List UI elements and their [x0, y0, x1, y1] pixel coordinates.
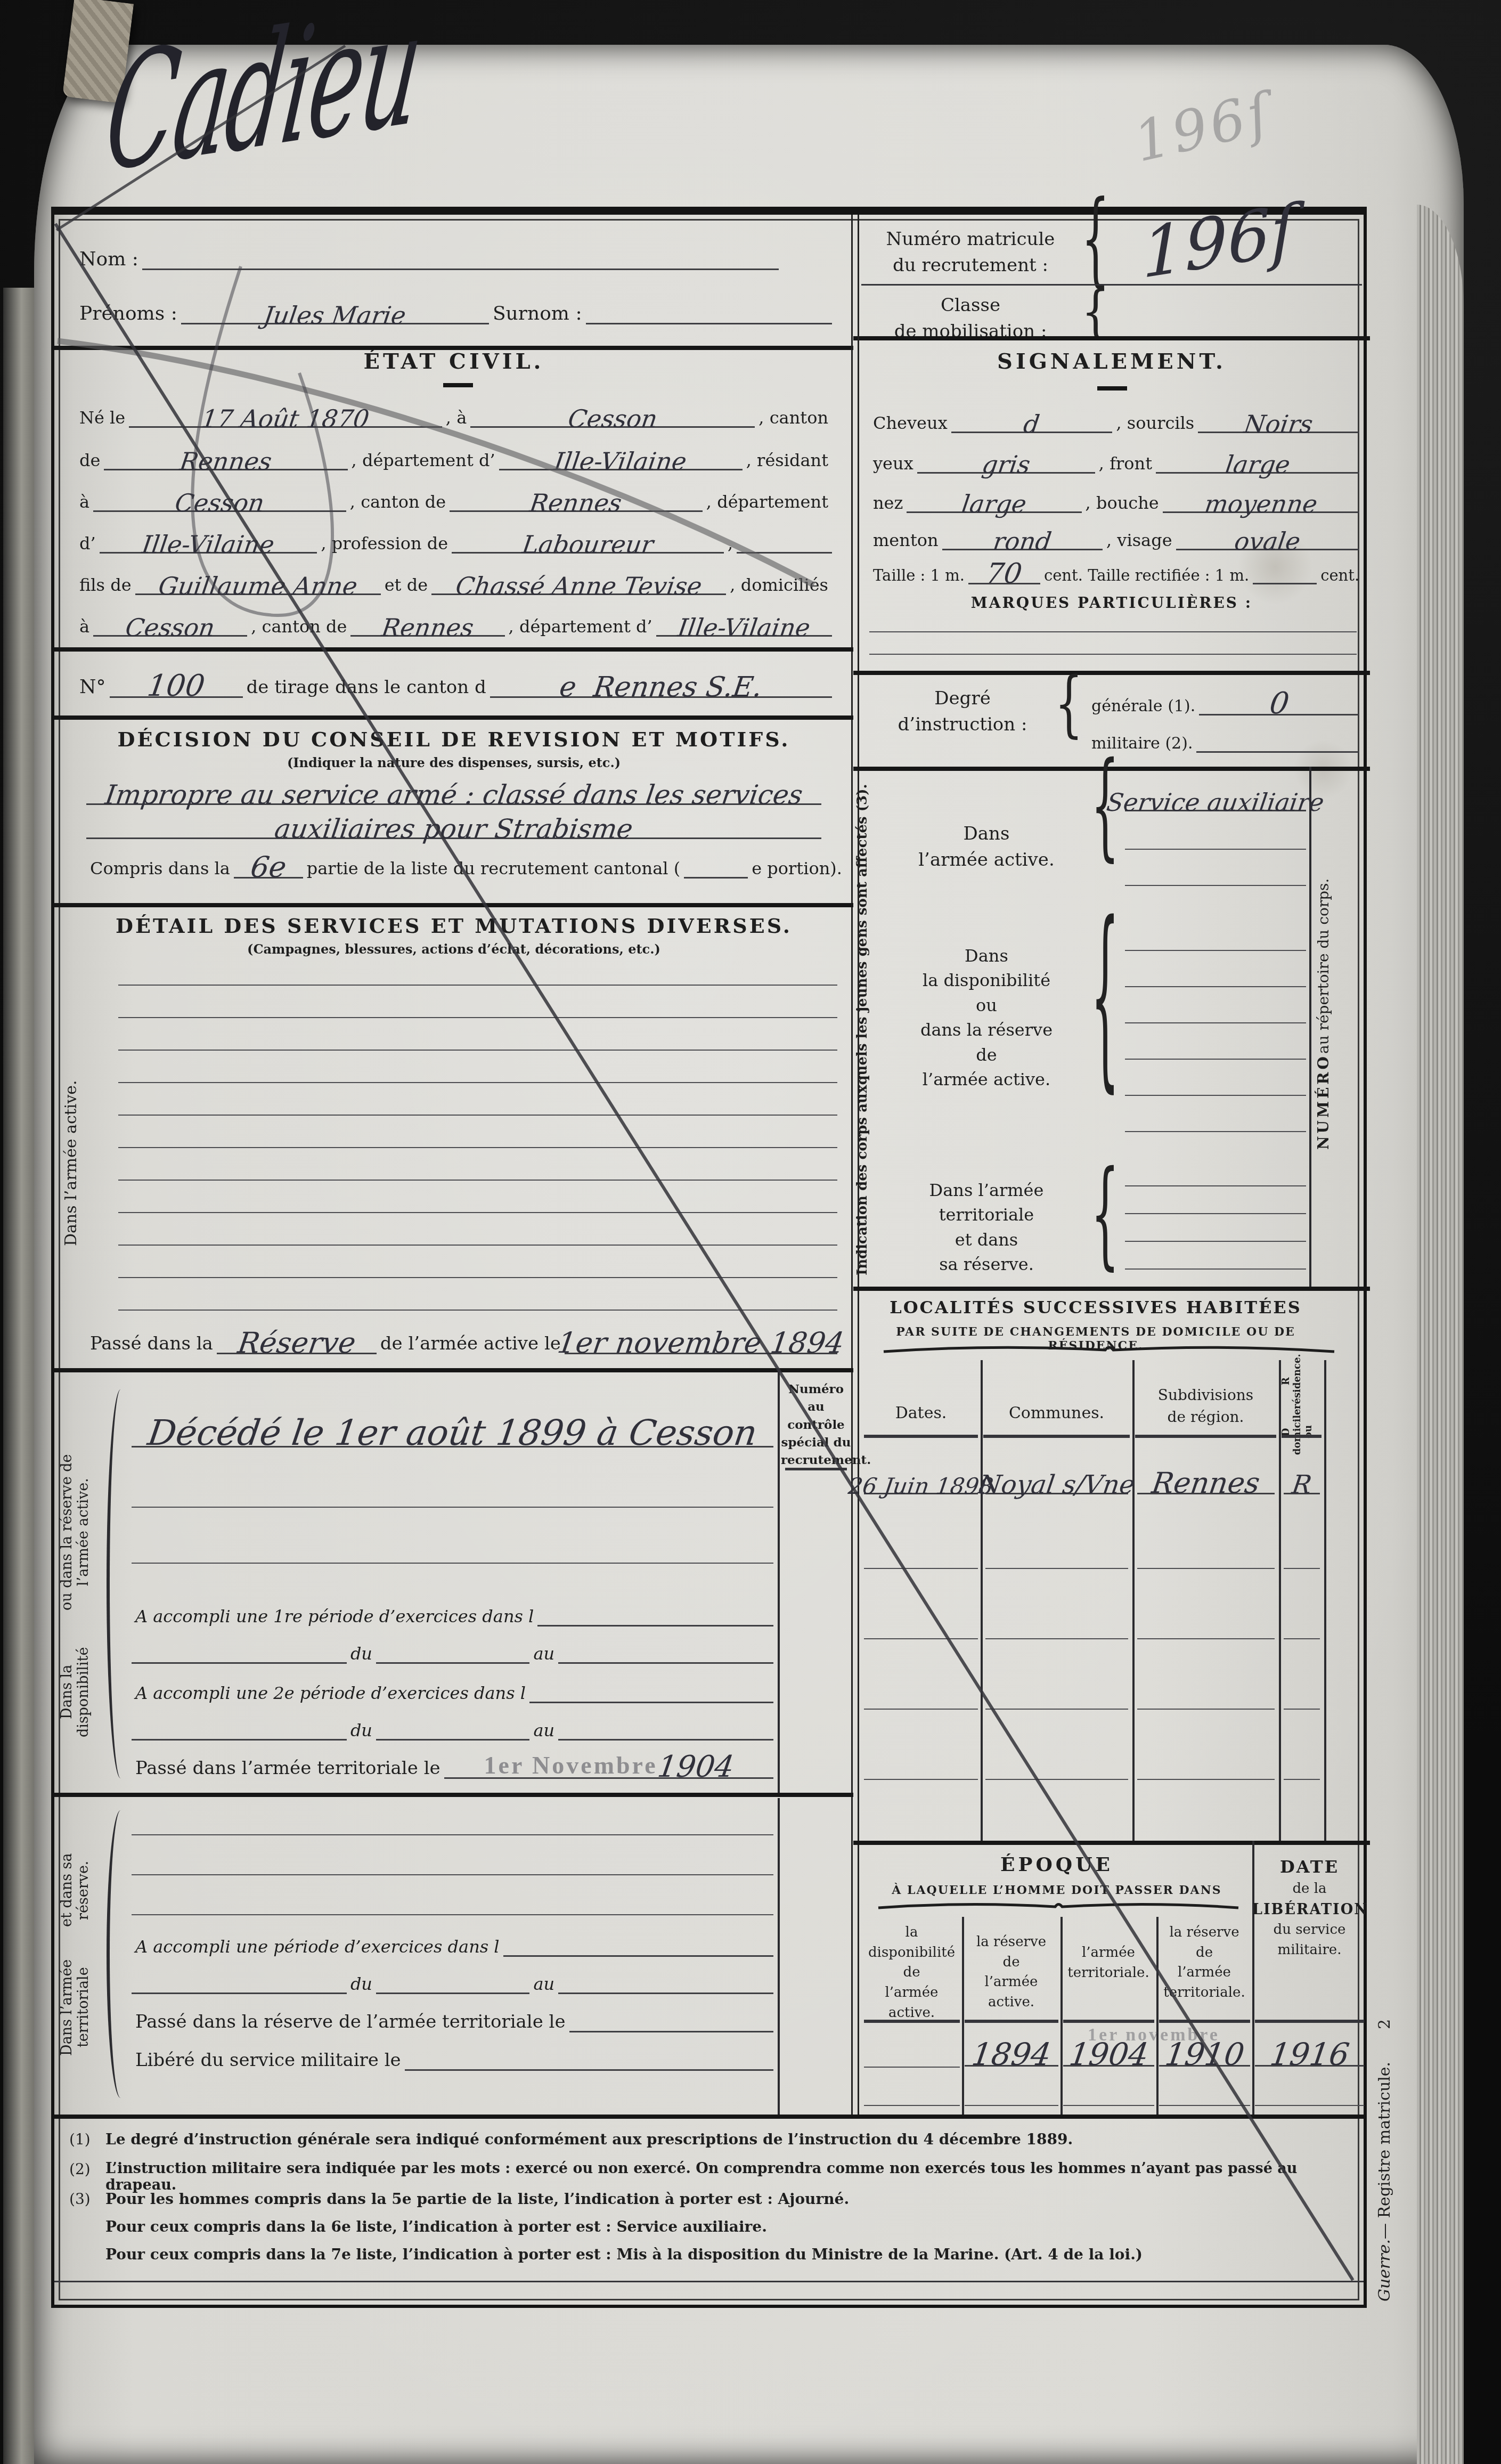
line [737, 552, 832, 554]
rule [853, 336, 1370, 340]
date-word: DATE [1252, 1855, 1367, 1879]
blank-line [1125, 1241, 1306, 1242]
territoriale-side-label: Dans l’armée territoriale et dans sa rés… [59, 1840, 103, 2074]
s1-l2: l’armée active. [885, 847, 1088, 873]
etat-row-6: à Cesson , canton de Rennes , départemen… [76, 605, 832, 637]
rule [853, 671, 1370, 675]
line [558, 1662, 773, 1664]
blank-line [118, 1115, 837, 1116]
a-label: à [76, 617, 93, 637]
line: Chassé Anne Tevise [431, 574, 726, 595]
canton-value: Rennes [178, 449, 273, 474]
line [376, 1993, 529, 1994]
col-divider [1132, 1360, 1135, 1841]
footnote-1-num: (1) [69, 2130, 91, 2148]
blank-line [869, 631, 1357, 632]
s3-l2: territoriale [885, 1202, 1088, 1227]
deces-row: Décédé le 1er août 1899 à Cesson [132, 1407, 773, 1448]
footnote-5: Pour ceux compris dans la 7e liste, l’in… [105, 2246, 1347, 2263]
dates-header-text: Dates. [861, 1402, 981, 1425]
blank-line [1125, 1131, 1306, 1132]
rule [785, 1468, 847, 1470]
matricule-label-l2: du recrutement : [864, 253, 1077, 279]
repertoire-words: au répertoire du corps. [1315, 878, 1364, 1053]
dr-header-l1: D domicile ou [1280, 1409, 1323, 1455]
blank-line [1137, 1568, 1275, 1569]
numero-header-l4: recrutement. [781, 1451, 851, 1469]
surnom-line [586, 323, 832, 324]
side-label-line-1: Dans la disponibilité [59, 1635, 103, 1749]
territoriale-year-value: 1904 [1067, 2039, 1151, 2070]
taille-rectifiee-label: cent. Taille rectifiée : 1 m. [1040, 567, 1253, 584]
s2-l4: dans la réserve [885, 1018, 1088, 1042]
blank-line [1125, 1022, 1306, 1023]
adjacent-page-edge [3, 288, 36, 2464]
blank-line [1284, 1568, 1320, 1569]
blank-line [118, 1082, 837, 1083]
residence-departement-value: Ille-Vilaine [141, 532, 276, 557]
periode2-row: A accompli une 2e période d’exercices da… [132, 1672, 773, 1703]
line: large [1156, 452, 1359, 474]
au-label: au [529, 1974, 558, 1994]
loc-date-value: 26 Juin 1898 [847, 1475, 994, 1498]
c4-l1: la réserve [1156, 1923, 1252, 1943]
taille-row: Taille : 1 m. 70 cent. Taille rectifiée … [869, 555, 1359, 584]
passe-territoriale-label: Passé dans l’armée territoriale le [132, 1758, 444, 1779]
rule [54, 1368, 853, 1372]
degre-l2: d’instruction : [875, 712, 1050, 738]
subdivisions-header: Subdivisions de région. [1132, 1385, 1279, 1428]
nom-line [142, 269, 779, 270]
prenoms-value: Jules Marie [262, 303, 407, 328]
loc-subdiv-value: Rennes [1150, 1469, 1261, 1498]
rule [864, 1435, 978, 1438]
blank-line [1137, 1779, 1275, 1780]
line: Rennes [450, 491, 703, 512]
departement-label: , département [703, 492, 832, 512]
degre-l1: Degré [875, 686, 1050, 712]
rule [853, 1287, 1370, 1291]
visage-label: , visage [1103, 531, 1176, 550]
s3-l1: Dans l’armée [885, 1178, 1088, 1202]
rule [54, 2115, 1364, 2119]
side-label-line-1: Dans l’armée territoriale [59, 1941, 103, 2074]
blank-line [1255, 2105, 1364, 2106]
c2-l1: la réserve [962, 1932, 1061, 1953]
blank-line [1125, 849, 1306, 850]
line: Noyal s/Vne [985, 1472, 1128, 1494]
territoriale-year-value: 1904 [656, 1752, 736, 1782]
residence-canton-value: Rennes [528, 491, 623, 515]
epoque-col1-header: la disponibilité de l’armée active. [861, 1923, 962, 2023]
line: 26 Juin 1898 [864, 1475, 978, 1494]
blank-line [864, 1709, 978, 1710]
rule [861, 284, 1362, 286]
line [558, 1739, 773, 1741]
blank-line [118, 985, 837, 986]
blank-line [985, 1638, 1128, 1639]
periode2-dates-row: du au [132, 1711, 773, 1741]
blank-line [869, 654, 1357, 655]
blank-line [1063, 2105, 1154, 2106]
prenoms-line: Jules Marie [181, 303, 489, 324]
marques-title: MARQUES PARTICULIÈRES : [853, 594, 1370, 612]
rule [54, 903, 853, 907]
passe-label: Passé dans la [86, 1333, 217, 1354]
passe-territoriale-row: Passé dans l’armée territoriale le 1er N… [132, 1745, 773, 1779]
rule [54, 715, 853, 720]
classe-label-l2: de mobilisation : [864, 319, 1077, 345]
rule [54, 647, 853, 652]
rule [1255, 2020, 1364, 2023]
numero-header-l3: spécial du [781, 1434, 851, 1451]
blank-line [864, 2105, 960, 2106]
title-dash [1097, 386, 1127, 391]
detail-subtitle: (Campagnes, blessures, actions d’éclat, … [94, 941, 813, 957]
c2-l2: de [962, 1953, 1061, 1973]
sig-row-2: yeux gris , front large [869, 443, 1359, 474]
decision-text-2: auxiliaires pour Strabisme [273, 816, 635, 842]
rule [1135, 1435, 1276, 1438]
etat-row-1: Né le 17 Août 1870 , à Cesson , canton [76, 396, 832, 428]
s1-l1: Dans [885, 821, 1088, 847]
epoque-subtitle: À LAQUELLE L’HOMME DOIT PASSER DANS [861, 1883, 1252, 1897]
menton-value: rond [992, 529, 1053, 554]
s2-l2: la disponibilité [885, 968, 1088, 993]
degre-brace: { [1055, 668, 1083, 739]
degre-label: Degré d’instruction : [875, 686, 1050, 738]
tirage-row: N° 100 de tirage dans le canton d e Renn… [76, 665, 832, 698]
line [376, 1662, 529, 1664]
line: large [907, 492, 1081, 513]
line: 1er novembre 1894 [565, 1329, 837, 1354]
armee-active-le-label: de l’armée active le [377, 1333, 565, 1354]
c1-l2: disponibilité [861, 1943, 962, 1963]
numero-column-divider [778, 1368, 780, 1793]
blank-line [864, 1568, 978, 1569]
date-liberation-header: DATE de la LIBÉRATION du service militai… [1252, 1855, 1367, 1961]
passe-reserve-terr-row: Passé dans la réserve de l’armée territo… [132, 2001, 773, 2032]
nom-row: Nom : [76, 236, 779, 270]
numero-column-divider [778, 1798, 780, 2115]
s2-brace: { [1091, 897, 1119, 1094]
epoque-col2-header: la réserve de l’armée active. [962, 1932, 1061, 2013]
taille-value: 70 [985, 560, 1024, 588]
blank-line [864, 1638, 978, 1639]
line: 0 [1199, 689, 1359, 715]
c1-l4: l’armée active. [861, 1983, 962, 2023]
side-label-line-2: ou dans la réserve de l’armée active. [59, 1429, 103, 1635]
decision-subtitle: (Indiquer la nature des dispenses, sursi… [94, 755, 813, 770]
footnote-1: Le degré d’instruction générale sera ind… [105, 2130, 1347, 2148]
periode1-label: A accompli une 1re période d’exercices d… [132, 1607, 537, 1627]
reserve-date-value: 1er novembre 1894 [556, 1329, 846, 1357]
dr-header-l2: R résidence. [1280, 1354, 1323, 1409]
parents-commune-value: Cesson [124, 615, 216, 640]
matricule-form: Nom : Prénoms : Jules Marie Surnom : Num… [51, 207, 1367, 2308]
rule [54, 1793, 853, 1797]
front-value: large [1223, 452, 1291, 477]
periode1-dates-row: du au [132, 1634, 773, 1664]
loc-dr-value: R [1291, 1472, 1314, 1498]
departement-label: , département d’ [348, 451, 499, 470]
line [132, 1739, 347, 1741]
line: Ille-Vilaine [656, 615, 832, 637]
blank-line [132, 1834, 773, 1835]
nez-value: large [960, 492, 1028, 516]
line [132, 1662, 347, 1664]
localites-title: LOCALITÉS SUCCESSIVES HABITÉES [859, 1297, 1333, 1318]
line: 1894 [965, 2039, 1058, 2067]
line: 70 [968, 560, 1040, 584]
blank-line [985, 1779, 1128, 1780]
classe-label-l1: Classe [864, 292, 1077, 319]
bouche-value: moyenne [1203, 492, 1319, 516]
line: Rennes [1137, 1469, 1275, 1494]
line: 1er Novembre 1904 [444, 1751, 773, 1779]
blank-line [1125, 1185, 1306, 1186]
classe-brace: { [1081, 284, 1110, 340]
line [558, 1993, 773, 1994]
loc-commune-cell: Noyal s/Vne [985, 1456, 1128, 1494]
du-label: du [347, 1974, 376, 1994]
line: Rennes [350, 615, 504, 637]
line: Ille-Vilaine [499, 449, 743, 470]
s2-l5: de [885, 1043, 1088, 1067]
s3-l4: sa réserve. [885, 1252, 1088, 1276]
liberation-year-value: 1916 [1268, 2039, 1351, 2070]
line: d [951, 412, 1113, 433]
numero-word: NUMÉRO [1315, 1054, 1364, 1150]
c3-l2: territoriale. [1061, 1963, 1156, 1983]
father-name-value: Guillaume Anne [157, 574, 359, 598]
epoque-date-cell: 1916 [1255, 2026, 1364, 2067]
taille-label: Taille : 1 m. [869, 567, 968, 584]
militaire-word: militaire. [1252, 1940, 1367, 1961]
signalement-title: SIGNALEMENT. [853, 349, 1370, 374]
epoque-col4-header: la réserve de l’armée territoriale. [1156, 1923, 1252, 2003]
reserve-year-value: 1894 [970, 2039, 1053, 2070]
decision-line-2: auxiliaires pour Strabisme [86, 807, 821, 839]
numero-header-l2: au contrôle [781, 1398, 851, 1434]
armee-active-side-label: Dans l’armée active. [62, 1014, 96, 1312]
decision-title: DÉCISION DU CONSEIL DE REVISION ET MOTIF… [94, 727, 813, 751]
epoque-title: ÉPOQUE [861, 1853, 1252, 1876]
du-label: du [347, 1644, 376, 1664]
subdiv-header-l2: de région. [1132, 1406, 1279, 1428]
footnote-3-num: (3) [69, 2190, 91, 2208]
line [376, 1739, 529, 1741]
loc-date-cell: 26 Juin 1898 [864, 1456, 978, 1494]
residence-value: Cesson [174, 491, 266, 515]
line: R [1284, 1472, 1320, 1494]
col-divider [981, 1360, 983, 1841]
deces-note-value: Décédé le 1er août 1899 à Cesson [145, 1416, 759, 1451]
blank-line [1125, 950, 1306, 951]
line: 1904 [1063, 2039, 1154, 2067]
col-divider [1324, 1360, 1326, 1841]
au-label: au [529, 1721, 558, 1741]
tirage-canton-value: e Rennes S.E. [558, 673, 764, 701]
tirage-label: de tirage dans le canton d [243, 677, 490, 698]
blank-line [132, 1874, 773, 1875]
matricule-label-l1: Numéro matricule [864, 226, 1077, 253]
line: Ille-Vilaine [100, 532, 317, 554]
blank-line [118, 1212, 837, 1213]
generale-label: générale (1). [1088, 697, 1199, 716]
birth-date-value: 17 Août 1870 [200, 406, 371, 431]
s2-l1: Dans [885, 944, 1088, 968]
etat-row-5: fils de Guillaume Anne et de Chassé Anne… [76, 563, 832, 595]
territoriale-date-stamp: 1er Novembre [484, 1751, 658, 1779]
au-label: au [529, 1644, 558, 1664]
parents-canton-value: Rennes [380, 615, 475, 640]
du-label: du [347, 1721, 376, 1741]
margin-imprint: Guerre. — Registre matricule. 2 [1375, 1886, 1400, 2435]
c4-l2: de [1156, 1943, 1252, 1963]
line: Décédé le 1er août 1899 à Cesson [132, 1416, 773, 1448]
subdiv-header-l1: Subdivisions [1132, 1385, 1279, 1406]
line [132, 1993, 347, 1994]
s1-value-row: Service auxiliaire [1125, 777, 1306, 811]
line: Guillaume Anne [135, 574, 381, 595]
parents-departement-value: Ille-Vilaine [676, 615, 812, 640]
compris-row: Compris dans la 6e partie de la liste du… [86, 848, 821, 879]
blank-line [1284, 1779, 1320, 1780]
sig-row-1: Cheveux d , sourcils Noirs [869, 402, 1359, 433]
communes-header: Communes. [981, 1402, 1132, 1425]
blank-line [118, 1310, 837, 1311]
de-la-word: de la [1252, 1879, 1367, 1899]
prenoms-row: Prénoms : Jules Marie Surnom : [76, 289, 832, 324]
blank-line [1125, 1268, 1306, 1270]
s2-l3: ou [885, 993, 1088, 1018]
c4-l4: territoriale. [1156, 1983, 1252, 2003]
s3-brace: { [1091, 1156, 1119, 1272]
generale-value: 0 [1268, 689, 1291, 719]
line: 17 Août 1870 [129, 406, 442, 428]
menton-label: menton [869, 531, 942, 550]
canton-de-label: , canton de [247, 617, 350, 637]
degre-generale-row: générale (1). 0 [1088, 688, 1359, 715]
blank-line [1125, 885, 1306, 886]
side-label-text: Dans l’armée active. [62, 1080, 96, 1246]
cent-label: cent. [1317, 567, 1363, 584]
footnote-4: Pour ceux compris dans la 6e liste, l’in… [105, 2218, 1347, 2235]
periode-terr-row: A accompli une période d’exercices dans … [132, 1926, 773, 1957]
brace-swash-icon [883, 1343, 1335, 1355]
line [1196, 751, 1359, 753]
decision-text-1: Impropre au service armé : classé dans l… [103, 782, 804, 808]
et-de-label: et de [381, 575, 431, 595]
degre-militaire-row: militaire (2). [1088, 725, 1359, 753]
page-stack-edge [1417, 205, 1464, 2464]
blank-line [118, 1017, 837, 1018]
profession-value: Laboureur [521, 532, 655, 557]
periode-label: A accompli une période d’exercices dans … [132, 1937, 503, 1957]
line [1253, 583, 1317, 584]
sig-row-4: menton rond , visage ovale [869, 519, 1359, 550]
title-dash [443, 383, 473, 387]
passe-reserve-terr-label: Passé dans la réserve de l’armée territo… [132, 2012, 569, 2032]
c1-l1: la [861, 1923, 962, 1943]
mother-name-value: Chassé Anne Tevise [454, 574, 704, 598]
domicile-residence-header: D domicile ou R résidence. [1280, 1364, 1323, 1444]
line: rond [942, 529, 1103, 550]
blank-line [118, 1277, 837, 1278]
matricule-value-wrap: 196ſ [1141, 208, 1296, 272]
line [537, 1625, 773, 1627]
line: auxiliaires pour Strabisme [86, 816, 821, 839]
footnote-3: Pour les hommes compris dans la 5e parti… [105, 2190, 1347, 2208]
line: Cesson [470, 406, 755, 428]
blank-line [1137, 1709, 1275, 1710]
numero-header-l1: Numéro [781, 1380, 851, 1398]
brace-swash-icon [877, 1900, 1239, 1911]
line: e Rennes S.E. [490, 673, 832, 698]
section-bracket [107, 1810, 130, 2098]
numero-repertoire-label: NUMÉRO au répertoire du corps. [1315, 843, 1364, 1184]
numero-repertoire-divider [1309, 767, 1311, 1287]
c3-l1: l’armée [1061, 1943, 1156, 1963]
blank-line [965, 2105, 1058, 2106]
decision-line-1: Impropre au service armé : classé dans l… [86, 773, 821, 805]
blank-line [132, 1914, 773, 1915]
rule [1063, 2020, 1154, 2023]
epoque-v2-cell: 1894 [965, 2026, 1058, 2067]
compris-label-3: e portion). [748, 859, 846, 879]
margin-page-number: 2 [1375, 2019, 1400, 2029]
blank-line [1159, 2105, 1250, 2106]
liberation-word: LIBÉRATION [1252, 1899, 1367, 1920]
footnote-2: L’instruction militaire sera indiquée pa… [105, 2160, 1352, 2193]
departement-label: , département d’ [505, 617, 656, 637]
compris-label: Compris dans la [86, 859, 234, 879]
blank-line [118, 1180, 837, 1181]
c1-l3: de [861, 1963, 962, 1983]
periode-terr-dates-row: du au [132, 1964, 773, 1994]
nom-label: Nom : [76, 248, 142, 270]
yeux-value: gris [981, 452, 1032, 477]
etat-row-4: d’ Ille-Vilaine , profession de Laboureu… [76, 522, 832, 554]
surnom-label: Surnom : [489, 303, 586, 324]
profession-label: , profession de [317, 534, 452, 554]
s3-label: Dans l’armée territoriale et dans sa rés… [885, 1178, 1088, 1277]
rule [54, 2281, 1364, 2282]
service-auxiliaire-value: Service auxiliaire [1105, 790, 1326, 815]
matricule-value: 196ſ [1141, 196, 1296, 289]
line: Rennes [104, 449, 347, 470]
blank-line [132, 1507, 773, 1508]
line: moyenne [1163, 492, 1359, 513]
line [405, 2069, 773, 2071]
blank-line [1284, 1709, 1320, 1710]
s3-l3: et dans [885, 1227, 1088, 1252]
ne-le-label: Né le [76, 408, 129, 428]
blank-line [1125, 1213, 1306, 1214]
compris-label-2: partie de la liste du recrutement canton… [303, 859, 684, 879]
fils-de-label: fils de [76, 575, 135, 595]
line: ovale [1176, 529, 1359, 550]
blank-line [1125, 1095, 1306, 1096]
c4-l3: l’armée [1156, 1963, 1252, 1983]
blank-line [132, 1563, 773, 1564]
blank-line [864, 2067, 960, 2068]
etat-row-2: de Rennes , département d’ Ille-Vilaine … [76, 438, 832, 470]
blank-line [1284, 1638, 1320, 1639]
libere-label: Libéré du service militaire le [132, 2050, 405, 2071]
rule [864, 2020, 960, 2023]
